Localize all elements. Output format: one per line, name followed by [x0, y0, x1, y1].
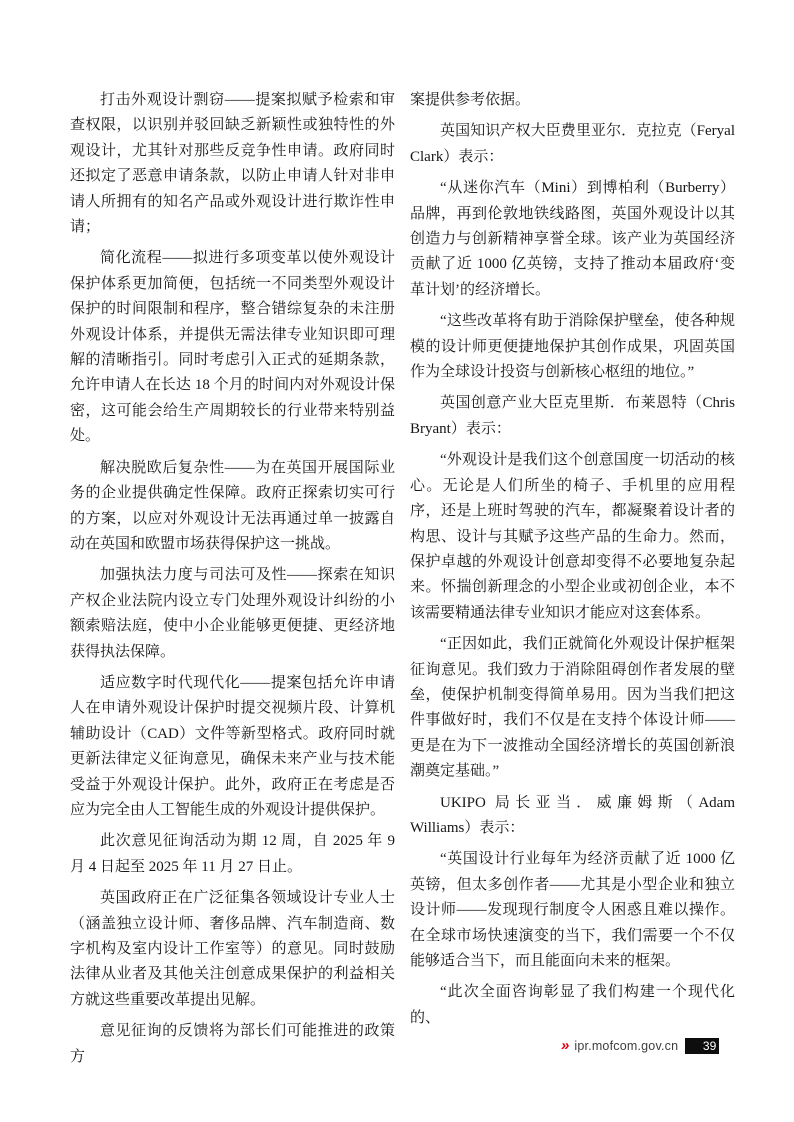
paragraph-continuation: 案提供参考依据。 [410, 88, 735, 113]
chevron-double-right-icon: » [561, 1038, 569, 1053]
paragraph: “英国设计行业每年为经济贡献了近 1000 亿英镑，但太多创作者——尤其是小型企… [410, 847, 735, 974]
article-body: 打击外观设计剽窃——提案拟赋予检索和审查权限，以识别并驳回缺乏新颖性或独特性的外… [70, 88, 735, 1076]
paragraph: 加强执法力度与司法可及性——探索在知识产权企业法院内设立专门处理外观设计纠纷的小… [70, 563, 395, 665]
paragraph: UKIPO 局长亚当．威廉姆斯（Adam Williams）表示： [410, 791, 735, 842]
paragraph: 英国创意产业大臣克里斯．布莱恩特（Chris Bryant）表示： [410, 391, 735, 442]
paragraph: 英国政府正在广泛征集各领域设计专业人士（涵盖独立设计师、奢侈品牌、汽车制造商、数… [70, 886, 395, 1013]
page-number-badge: 39 [685, 1038, 719, 1054]
page-footer: » ipr.mofcom.gov.cn 39 [561, 1037, 719, 1054]
paragraph: “外观设计是我们这个创意国度一切活动的核心。无论是人们所坐的椅子、手机里的应用程… [410, 448, 735, 626]
paragraph: 意见征询的反馈将为部长们可能推进的政策方 [70, 1019, 395, 1070]
paragraph: 英国知识产权大臣费里亚尔．克拉克（Feryal Clark）表示： [410, 119, 735, 170]
paragraph: 打击外观设计剽窃——提案拟赋予检索和审查权限，以识别并驳回缺乏新颖性或独特性的外… [70, 88, 395, 240]
right-column: 案提供参考依据。 英国知识产权大臣费里亚尔．克拉克（Feryal Clark）表… [410, 88, 735, 1076]
paragraph: “这些改革将有助于消除保护壁垒，使各种规模的设计师更便捷地保护其创作成果，巩固英… [410, 309, 735, 385]
footer-website-text: ipr.mofcom.gov.cn [574, 1039, 678, 1053]
paragraph: 适应数字时代现代化——提案包括允许申请人在申请外观设计保护时提交视频片段、计算机… [70, 671, 395, 823]
left-column: 打击外观设计剽窃——提案拟赋予检索和审查权限，以识别并驳回缺乏新颖性或独特性的外… [70, 88, 395, 1076]
magazine-page: 打击外观设计剽窃——提案拟赋予检索和审查权限，以识别并驳回缺乏新颖性或独特性的外… [0, 0, 794, 1122]
paragraph: 此次意见征询活动为期 12 周，自 2025 年 9 月 4 日起至 2025 … [70, 829, 395, 880]
paragraph: “从迷你汽车（Mini）到博柏利（Burberry）品牌，再到伦敦地铁线路图，英… [410, 176, 735, 303]
paragraph: “此次全面咨询彰显了我们构建一个现代化的、 [410, 980, 735, 1031]
paragraph: 简化流程——拟进行多项变革以使外观设计保护体系更加简便，包括统一不同类型外观设计… [70, 246, 395, 449]
paragraph: 解决脱欧后复杂性——为在英国开展国际业务的企业提供确定性保障。政府正探索切实可行… [70, 456, 395, 558]
paragraph: “正因如此，我们正就简化外观设计保护框架征询意见。我们致力于消除阻碍创作者发展的… [410, 632, 735, 784]
